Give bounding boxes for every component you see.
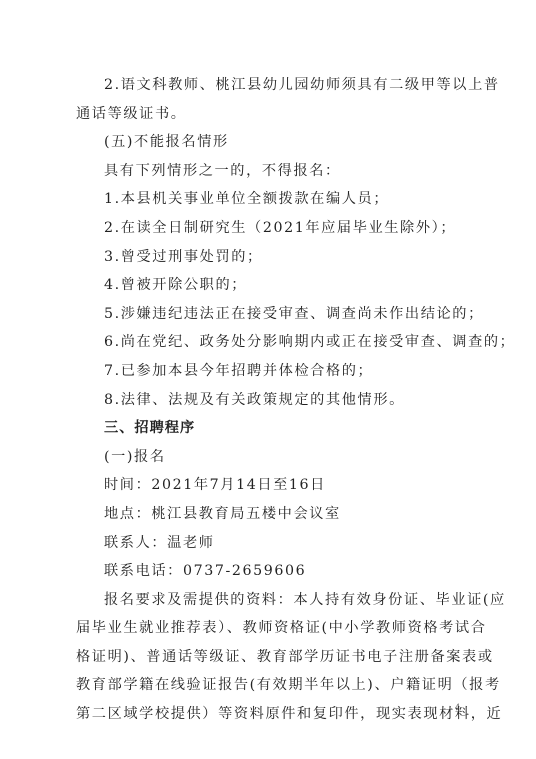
list-item: 2.在读全日制研究生（2021年应届毕业生除外）； bbox=[76, 214, 462, 243]
list-item: 4.曾被开除公职的； bbox=[76, 271, 462, 300]
text-line: 第二区域学校提供）等资料原件和复印件，现实表现材料，近 bbox=[76, 700, 462, 729]
section-subheading: (五)不能报名情形 bbox=[76, 128, 462, 157]
contact-phone: 联系电话：0737-2659606 bbox=[76, 557, 462, 586]
text-line: 2.语文科教师、桃江县幼儿园幼师须具有二级甲等以上普 bbox=[76, 71, 462, 100]
list-item: 7.已参加本县今年招聘并体检合格的； bbox=[76, 357, 462, 386]
text-line: 届毕业生就业推荐表）、教师资格证(中小学教师资格考试合 bbox=[76, 614, 462, 643]
list-item: 5.涉嫌违纪违法正在接受审查、调查尚未作出结论的； bbox=[76, 300, 462, 329]
section-subheading: (一)报名 bbox=[76, 443, 462, 472]
document-body: 2.语文科教师、桃江县幼儿园幼师须具有二级甲等以上普 通话等级证书。 (五)不能… bbox=[76, 71, 462, 729]
text-line: 具有下列情形之一的，不得报名： bbox=[76, 157, 462, 186]
text-line: 格证明)、普通话等级证、教育部学历证书电子注册备案表或 bbox=[76, 643, 462, 672]
list-item: 6.尚在党纪、政务处分影响期内或正在接受审查、调查的； bbox=[76, 328, 462, 357]
list-item: 1.本县机关事业单位全额拨款在编人员； bbox=[76, 185, 462, 214]
registration-location: 地点：桃江县教育局五楼中会议室 bbox=[76, 500, 462, 529]
contact-person: 联系人：温老师 bbox=[76, 529, 462, 558]
text-line: 报名要求及需提供的资料：本人持有效身份证、毕业证(应 bbox=[76, 586, 462, 615]
section-heading: 三、招聘程序 bbox=[76, 414, 462, 443]
page-number: 4 bbox=[455, 702, 460, 712]
document-page: 2.语文科教师、桃江县幼儿园幼师须具有二级甲等以上普 通话等级证书。 (五)不能… bbox=[0, 0, 536, 759]
list-item: 8.法律、法规及有关政策规定的其他情形。 bbox=[76, 386, 462, 415]
text-line: 通话等级证书。 bbox=[76, 100, 462, 129]
list-item: 3.曾受过刑事处罚的； bbox=[76, 243, 462, 272]
registration-time: 时间：2021年7月14日至16日 bbox=[76, 471, 462, 500]
text-line: 教育部学籍在线验证报告(有效期半年以上)、户籍证明（报考 bbox=[76, 671, 462, 700]
